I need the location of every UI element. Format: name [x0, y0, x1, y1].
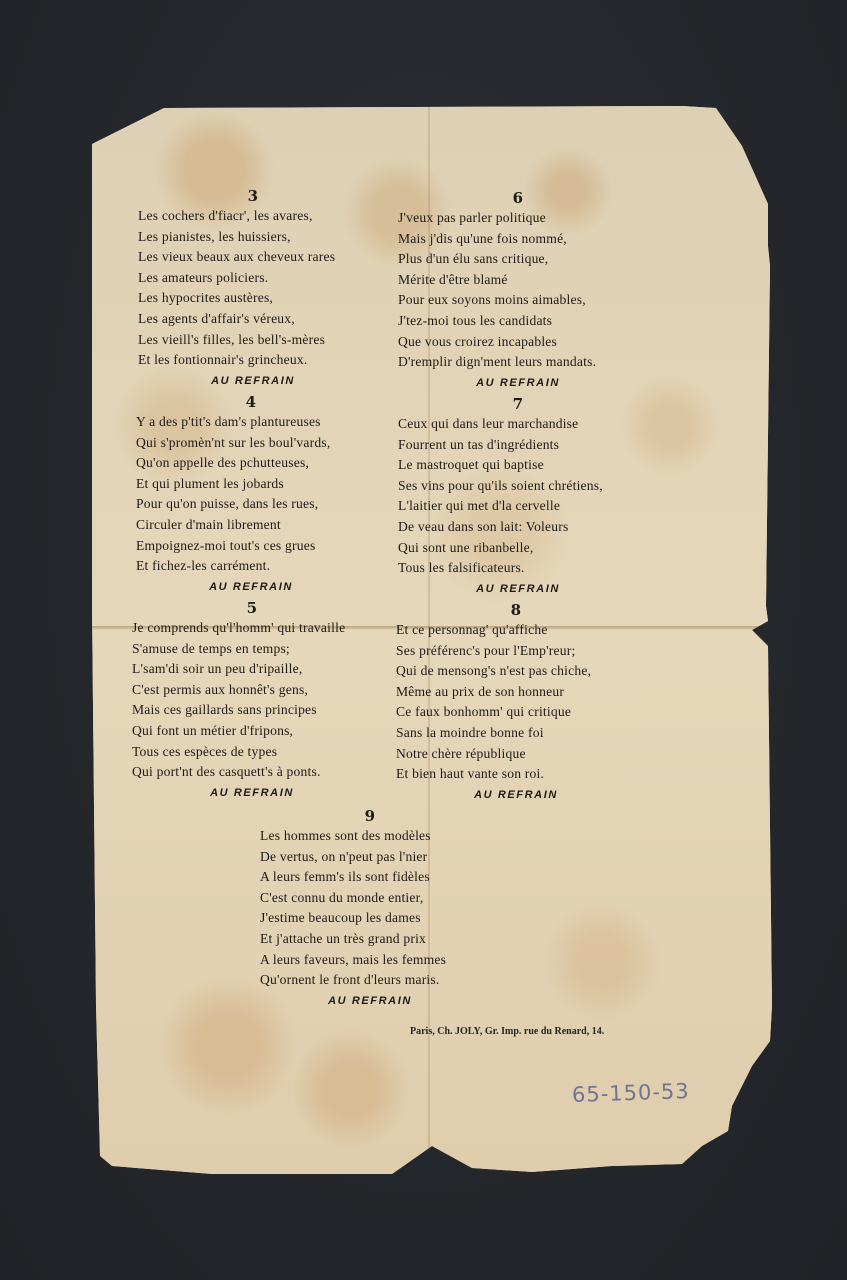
verse-line: D'remplir dign'ment leurs mandats. [398, 352, 638, 373]
verse-line: Ce faux bonhomm' qui critique [396, 702, 636, 723]
aged-paper-sheet: 3 Les cochers d'fiacr', les avares, Les … [92, 106, 772, 1174]
verse-line: Ses préférenc's pour l'Emp'reur; [396, 641, 636, 662]
stanza-number: 6 [398, 188, 638, 208]
verse-line: Les agents d'affair's véreux, [138, 309, 368, 330]
verse-line: Sans la moindre bonne foi [396, 723, 636, 744]
refrain-marker: AU REFRAIN [396, 785, 636, 805]
verse-line: J'veux pas parler politique [398, 208, 638, 229]
verse-line: Ceux qui dans leur marchandise [398, 414, 638, 435]
verse-line: Empoignez-moi tout's ces grues [136, 536, 366, 557]
verse-line: Y a des p'tit's dam's plantureuses [136, 412, 366, 433]
printer-imprint: Paris, Ch. JOLY, Gr. Imp. rue du Renard,… [410, 1026, 604, 1037]
verse-line: Le mastroquet qui baptise [398, 455, 638, 476]
verse-line: Circuler d'main librement [136, 515, 366, 536]
verse-line: Mais ces gaillards sans principes [132, 700, 372, 721]
verse-line: Je comprends qu'l'homm' qui travaille [132, 618, 372, 639]
verse-line: J'tez-moi tous les candidats [398, 311, 638, 332]
verse-line: Qui s'promèn'nt sur les boul'vards, [136, 433, 366, 454]
verse-line: C'est permis aux honnêt's gens, [132, 680, 372, 701]
verse-line: Fourrent un tas d'ingrédients [398, 435, 638, 456]
verse-line: A leurs faveurs, mais les femmes [260, 950, 480, 971]
verse-line: Qui de mensong's n'est pas chiche, [396, 661, 636, 682]
verse-line: Et les fontionnair's grincheux. [138, 350, 368, 371]
verse-line: Et j'attache un très grand prix [260, 929, 480, 950]
stanza-8: 8 Et ce personnag' qu'affiche Ses préfér… [396, 600, 636, 805]
verse-line: Les amateurs policiers. [138, 268, 368, 289]
verse-line: A leurs femm's ils sont fidèles [260, 867, 480, 888]
verse-line: Les cochers d'fiacr', les avares, [138, 206, 368, 227]
verse-line: Et qui plument les jobards [136, 474, 366, 495]
refrain-marker: AU REFRAIN [136, 577, 366, 597]
verse-line: Et fichez-les carrément. [136, 556, 366, 577]
verse-line: J'estime beaucoup les dames [260, 908, 480, 929]
verse-line: Pour eux soyons moins aimables, [398, 290, 638, 311]
verse-line: Notre chère république [396, 744, 636, 765]
refrain-marker: AU REFRAIN [132, 783, 372, 803]
stanza-3: 3 Les cochers d'fiacr', les avares, Les … [138, 186, 368, 391]
verse-line: Tous ces espèces de types [132, 742, 372, 763]
stanza-number: 9 [260, 806, 480, 826]
verse-line: Tous les falsificateurs. [398, 558, 638, 579]
stanza-7: 7 Ceux qui dans leur marchandise Fourren… [398, 394, 638, 599]
verse-line: Pour qu'on puisse, dans les rues, [136, 494, 366, 515]
verse-line: Que vous croirez incapables [398, 332, 638, 353]
stanza-9: 9 Les hommes sont des modèles De vertus,… [260, 806, 480, 1011]
verse-line: Les hommes sont des modèles [260, 826, 480, 847]
verse-line: Qui sont une ribanbelle, [398, 538, 638, 559]
stanza-number: 5 [132, 598, 372, 618]
stanza-5: 5 Je comprends qu'l'homm' qui travaille … [132, 598, 372, 803]
verse-line: Ses vins pour qu'ils soient chrétiens, [398, 476, 638, 497]
verse-line: Les vieill's filles, les bell's-mères [138, 330, 368, 351]
verse-line: L'laitier qui met d'la cervelle [398, 496, 638, 517]
verse-line: Mérite d'être blamé [398, 270, 638, 291]
stanza-number: 7 [398, 394, 638, 414]
verse-line: Et ce personnag' qu'affiche [396, 620, 636, 641]
stanza-number: 4 [136, 392, 366, 412]
verse-line: Les pianistes, les huissiers, [138, 227, 368, 248]
verse-line: Mais j'dis qu'une fois nommé, [398, 229, 638, 250]
verse-line: Et bien haut vante son roi. [396, 764, 636, 785]
verse-line: Qu'on appelle des pchutteuses, [136, 453, 366, 474]
verse-line: Qui font un métier d'fripons, [132, 721, 372, 742]
stanza-number: 3 [138, 186, 368, 206]
stanza-6: 6 J'veux pas parler politique Mais j'dis… [398, 188, 638, 393]
verse-line: Même au prix de son honneur [396, 682, 636, 703]
refrain-marker: AU REFRAIN [138, 371, 368, 391]
verse-line: Qu'ornent le front d'leurs maris. [260, 970, 480, 991]
verse-line: De vertus, on n'peut pas l'nier [260, 847, 480, 868]
verse-line: Les vieux beaux aux cheveux rares [138, 247, 368, 268]
stanza-number: 8 [396, 600, 636, 620]
verse-line: L'sam'di soir un peu d'ripaille, [132, 659, 372, 680]
verse-line: De veau dans son lait: Voleurs [398, 517, 638, 538]
verse-line: C'est connu du monde entier, [260, 888, 480, 909]
refrain-marker: AU REFRAIN [260, 991, 480, 1011]
verse-line: Qui port'nt des casquett's à ponts. [132, 762, 372, 783]
handwritten-catalog-number: 65-150-53 [572, 1079, 690, 1107]
refrain-marker: AU REFRAIN [398, 579, 638, 599]
stanza-4: 4 Y a des p'tit's dam's plantureuses Qui… [136, 392, 366, 597]
verse-line: Les hypocrites austères, [138, 288, 368, 309]
verse-line: S'amuse de temps en temps; [132, 639, 372, 660]
refrain-marker: AU REFRAIN [398, 373, 638, 393]
verse-line: Plus d'un élu sans critique, [398, 249, 638, 270]
